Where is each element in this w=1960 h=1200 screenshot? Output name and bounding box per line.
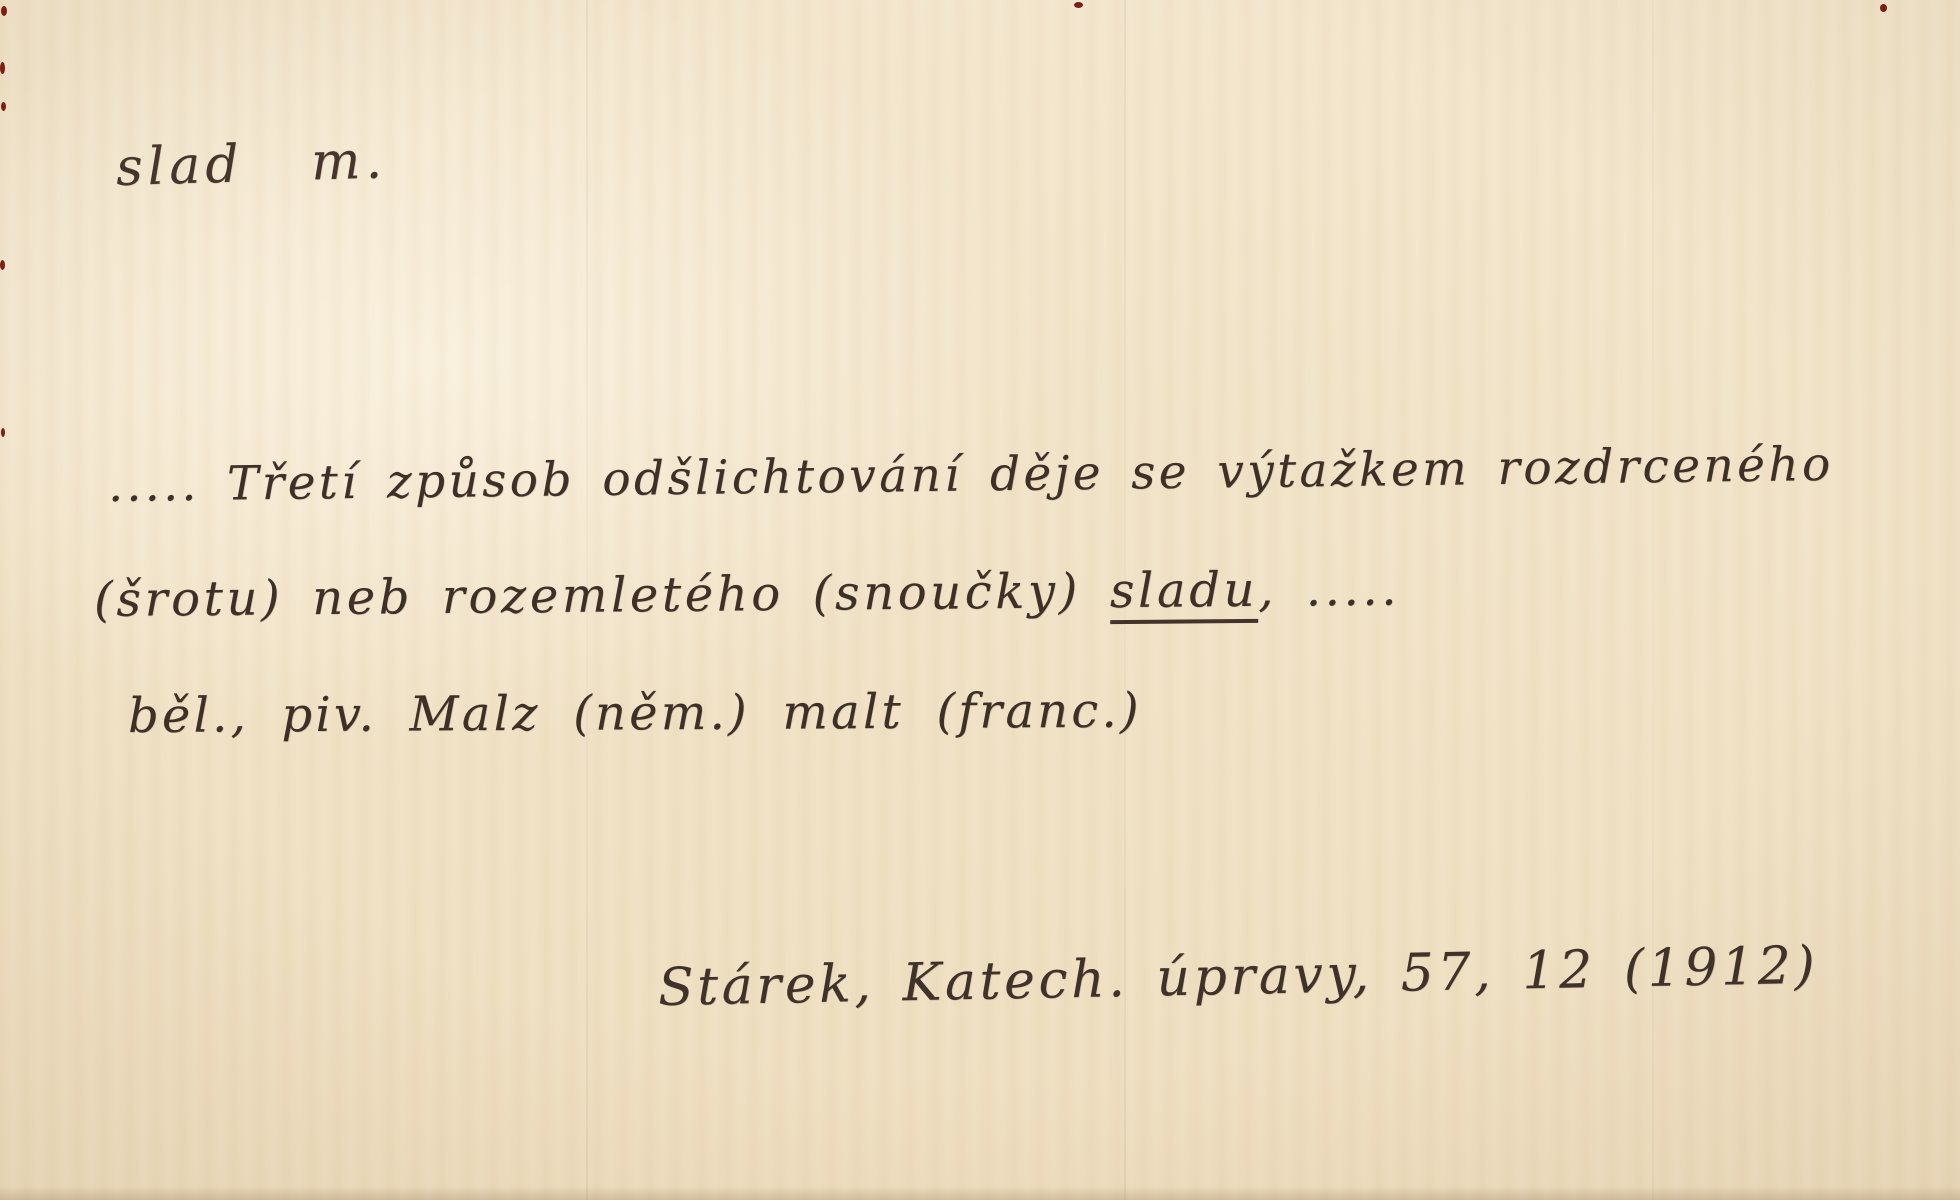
edge-speck xyxy=(1074,2,1083,8)
underlined-word-sladu: sladu xyxy=(1110,562,1259,624)
source-citation: Stárek, Katech. úpravy, 57, 12 (1912) xyxy=(657,936,1818,1018)
headword: slad m. xyxy=(115,130,388,198)
edge-speck xyxy=(0,260,5,270)
gloss-line: běl., piv. Malz (něm.) malt (franc.) xyxy=(128,683,1142,744)
scanned-card: slad m. ..... Třetí způsob odšlichtování… xyxy=(0,0,1960,1200)
excerpt-line-2-pre: (šrotu) neb rozemletého (snoučky) xyxy=(94,563,1110,628)
edge-speck xyxy=(0,62,5,74)
edge-speck xyxy=(1880,4,1887,12)
excerpt-line-1: ..... Třetí způsob odšlichtování děje se… xyxy=(108,437,1834,513)
excerpt-line-2-post: , ..... xyxy=(1258,561,1400,618)
excerpt-line-2: (šrotu) neb rozemletého (snoučky) sladu,… xyxy=(94,561,1401,628)
paper-crease xyxy=(1652,0,1654,1200)
edge-speck xyxy=(1,102,6,111)
edge-speck xyxy=(1,428,5,437)
edge-speck xyxy=(1,6,7,16)
